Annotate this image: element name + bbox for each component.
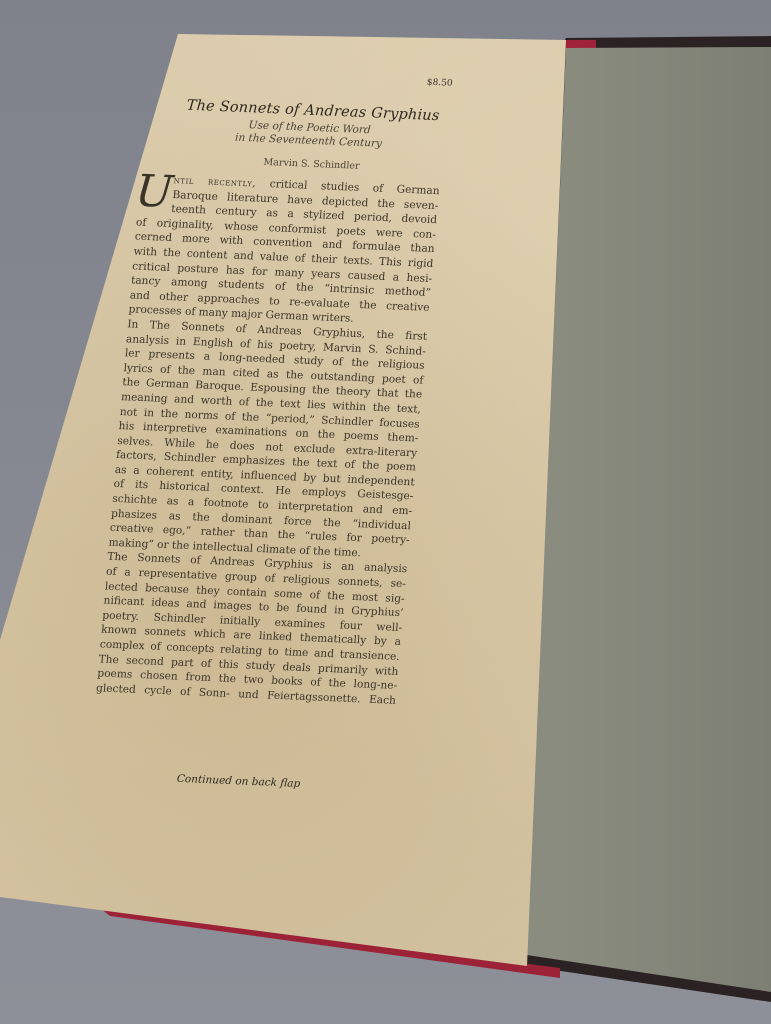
paragraph-1: ntil recently, critical studies of Germa…	[128, 172, 440, 330]
price: $8.50	[426, 78, 453, 89]
blurb-body: U ntil recently, critical studies of Ger…	[96, 172, 441, 709]
photo-scene: $8.50 The Sonnets of Andreas Gryphius Us…	[0, 0, 771, 1024]
drop-cap: U	[134, 170, 175, 215]
paragraph-3: The Sonnets of Andreas Gryphius is an an…	[96, 550, 408, 708]
paragraph-2: In The Sonnets of Andreas Gryphius, the …	[108, 317, 428, 562]
